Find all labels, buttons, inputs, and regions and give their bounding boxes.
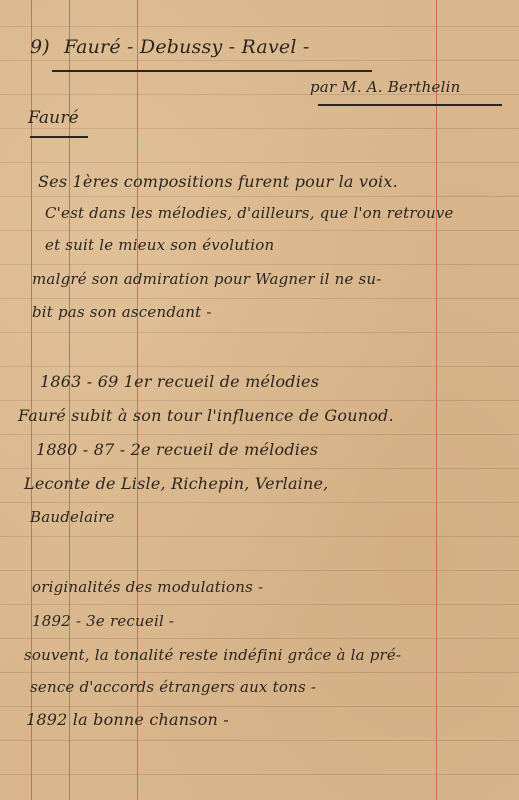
heading-underline	[52, 70, 372, 72]
section-title: Fauré	[28, 108, 79, 128]
text-line: Leconte de Lisle, Richepin, Verlaine,	[24, 474, 328, 493]
text-line: Ses 1ères compositions furent pour la vo…	[38, 172, 398, 191]
text-line: malgré son admiration pour Wagner il ne …	[32, 270, 382, 288]
text-line: et suit le mieux son évolution	[45, 236, 274, 254]
text-line: 1863 - 69 1er recueil de mélodies	[40, 372, 319, 391]
margin-line	[436, 0, 437, 800]
text-line: Baudelaire	[30, 508, 115, 526]
notebook-page: 9) Fauré - Debussy - Ravel - par M. A. B…	[0, 0, 519, 800]
section-underline	[30, 136, 88, 138]
text-line: Fauré subit à son tour l'influence de Go…	[18, 406, 394, 425]
text-line: C'est dans les mélodies, d'ailleurs, que…	[45, 204, 454, 222]
text-line: 1880 - 87 - 2e recueil de mélodies	[36, 440, 318, 459]
text-line: 1892 - 3e recueil -	[32, 612, 174, 630]
text-line: bit pas son ascendant -	[32, 303, 212, 321]
text-line: 1892 la bonne chanson -	[26, 710, 229, 729]
heading-number: 9)	[30, 36, 50, 58]
heading-author: par M. A. Berthelin	[310, 78, 460, 96]
author-underline	[318, 104, 502, 106]
heading-title: Fauré - Debussy - Ravel -	[64, 36, 309, 58]
text-line: souvent, la tonalité reste indéfini grâc…	[24, 646, 401, 664]
text-line: sence d'accords étrangers aux tons -	[30, 678, 316, 696]
text-line: originalités des modulations -	[32, 578, 263, 596]
